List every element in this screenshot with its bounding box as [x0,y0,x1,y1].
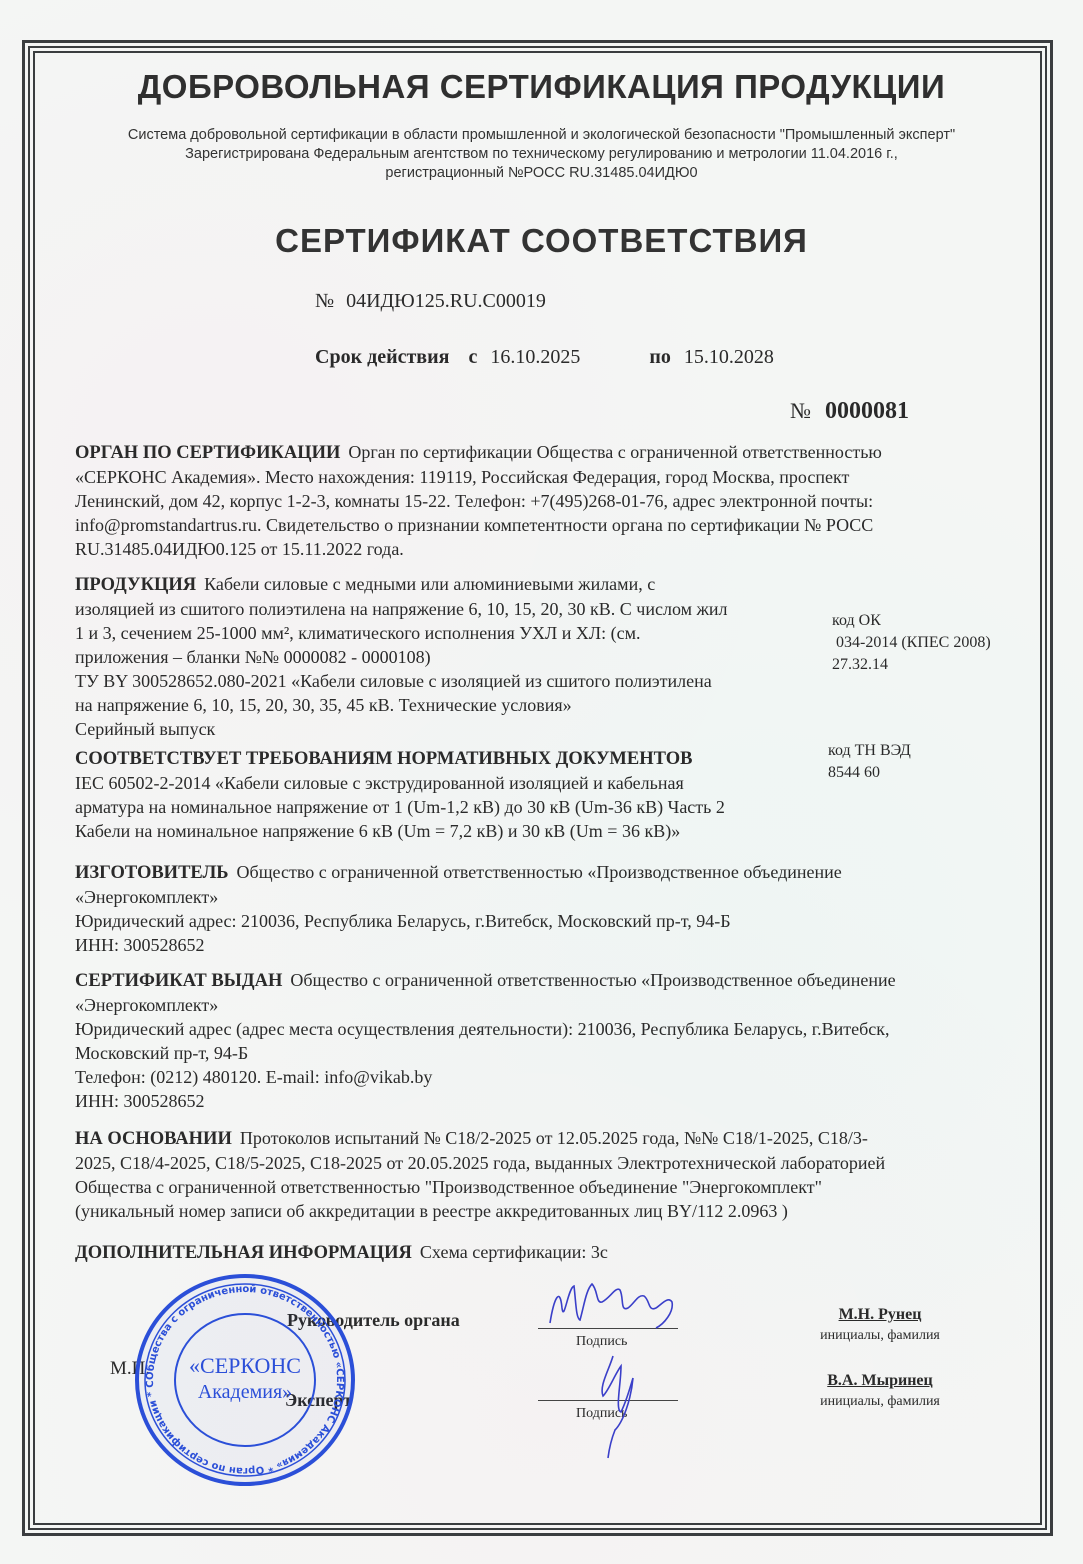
ok-code-block: код ОК 034-2014 (КПЕС 2008) 27.32.14 [832,610,991,676]
section-text: Общества с ограниченной ответственностью… [75,1175,1020,1199]
section-text: Орган по сертификации Общества с огранич… [348,442,881,462]
ok-code-standard: 034-2014 (КПЕС 2008) [832,632,991,654]
section-text: ИНН: 300528652 [75,1089,1020,1113]
section-text: Кабели на номинальное напряжение 6 кВ (U… [75,819,835,843]
ok-code-value: 27.32.14 [832,654,991,676]
blank-number-value: 0000081 [825,398,909,424]
main-title: ДОБРОВОЛЬНАЯ СЕРТИФИКАЦИЯ ПРОДУКЦИИ [0,68,1083,106]
system-line: регистрационный №РОСС RU.31485.04ИДЮ0 [0,164,1083,183]
section-text: info@promstandartrus.ru. Свидетельство о… [75,513,1020,537]
section-text: RU.31485.04ИДЮ0.125 от 15.11.2022 года. [75,537,1020,561]
section-heading: ИЗГОТОВИТЕЛЬ [75,863,229,883]
section-text: Московский пр-т, 94-Б [75,1041,1020,1065]
section-text: Юридический адрес: 210036, Республика Бе… [75,909,1020,933]
section-text: IEC 60502-2-2014 «Кабели силовые с экстр… [75,771,835,795]
from-date: 16.10.2025 [490,346,580,368]
stamp-center-line1: «СЕРКОНС [189,1353,301,1378]
certification-system-info: Система добровольной сертификации в обла… [0,126,1083,183]
product-section: ПРОДУКЦИЯКабели силовые с медными или ал… [75,572,815,741]
section-text: арматура на номинальное напряжение от 1 … [75,795,835,819]
section-text: Общество с ограниченной ответственностью… [237,862,842,882]
certificate-number: №04ИДЮ125.RU.C00019 [315,290,546,313]
tnved-code-block: код ТН ВЭД 8544 60 [828,740,911,784]
section-text: 2025, С18/4-2025, С18/5-2025, С18-2025 о… [75,1151,1020,1175]
expert-name: В.А. Мыринец [790,1372,970,1390]
section-text: ТУ BY 300528652.080-2021 «Кабели силовые… [75,669,815,693]
section-text: «Энергокомплект» [75,885,1020,909]
section-text: Общество с ограниченной ответственностью… [290,970,895,990]
section-heading: СЕРТИФИКАТ ВЫДАН [75,971,282,991]
to-label: по [649,346,671,368]
system-line: Зарегистрирована Федеральным агентством … [0,145,1083,164]
head-name: М.Н. Рунец [790,1306,970,1324]
blank-number: №0000081 [790,398,909,425]
section-text: Ленинский, дом 42, корпус 1-2-3, комнаты… [75,489,1020,513]
compliance-section: СООТВЕТСТВУЕТ ТРЕБОВАНИЯМ НОРМАТИВНЫХ ДО… [75,746,835,843]
issued-to-section: СЕРТИФИКАТ ВЫДАНОбщество с ограниченной … [75,968,1020,1113]
validity-label: Срок действия [315,346,449,368]
section-text: 1 и 3, сечением 25-1000 мм², климатическ… [75,621,815,645]
section-text: на напряжение 6, 10, 15, 20, 30, 35, 45 … [75,693,815,717]
section-text: Протоколов испытаний № С18/2-2025 от 12.… [240,1128,868,1148]
expert-signature-icon [575,1350,655,1460]
certification-body-section: ОРГАН ПО СЕРТИФИКАЦИИОрган по сертификац… [75,440,1020,561]
section-text: Кабели силовые с медными или алюминиевым… [204,574,655,594]
blank-number-label: № [790,398,811,423]
section-heading: НА ОСНОВАНИИ [75,1129,232,1149]
section-text: (уникальный номер записи об аккредитации… [75,1199,1020,1223]
ok-code-label: код ОК [832,610,991,632]
section-heading: СООТВЕТСТВУЕТ ТРЕБОВАНИЯМ НОРМАТИВНЫХ ДО… [75,749,692,769]
stamp-center-line2: Академия» [198,1381,292,1403]
section-text: ИНН: 300528652 [75,933,1020,957]
section-text: приложения – бланки №№ 0000082 - 0000108… [75,645,815,669]
section-heading: ПРОДУКЦИЯ [75,575,196,595]
section-heading: ДОПОЛНИТЕЛЬНАЯ ИНФОРМАЦИЯ [75,1243,412,1263]
from-label: с [468,346,477,368]
manufacturer-section: ИЗГОТОВИТЕЛЬОбщество с ограниченной отве… [75,860,1020,957]
section-text: «Энергокомплект» [75,993,1020,1017]
section-text: Серийный выпуск [75,717,815,741]
validity-period: Срок действия с 16.10.2025 по 15.10.2028 [315,346,774,369]
to-date: 15.10.2028 [684,346,774,368]
certificate-title: СЕРТИФИКАТ СООТВЕТСТВИЯ [0,222,1083,260]
head-name-caption: инициалы, фамилия [790,1328,970,1344]
section-text: Схема сертификации: 3с [420,1242,608,1262]
section-text: изоляцией из сшитого полиэтилена на напр… [75,597,815,621]
additional-info-section: ДОПОЛНИТЕЛЬНАЯ ИНФОРМАЦИЯСхема сертифика… [75,1240,1020,1265]
section-heading: ОРГАН ПО СЕРТИФИКАЦИИ [75,443,340,463]
head-signature-icon [540,1268,690,1338]
organization-stamp-icon: Общества с ограниченной ответственностью… [130,1270,360,1490]
expert-name-caption: инициалы, фамилия [790,1394,970,1410]
section-text: Телефон: (0212) 480120. E-mail: info@vik… [75,1065,1020,1089]
tnved-label: код ТН ВЭД [828,740,911,762]
section-text: «СЕРКОНС Академия». Место нахождения: 11… [75,465,1020,489]
system-line: Система добровольной сертификации в обла… [0,126,1083,145]
section-text: Юридический адрес (адрес места осуществл… [75,1017,1020,1041]
tnved-value: 8544 60 [828,762,911,784]
number-value: 04ИДЮ125.RU.C00019 [346,290,546,312]
number-label: № [315,290,334,312]
basis-section: НА ОСНОВАНИИПротоколов испытаний № С18/2… [75,1126,1020,1223]
